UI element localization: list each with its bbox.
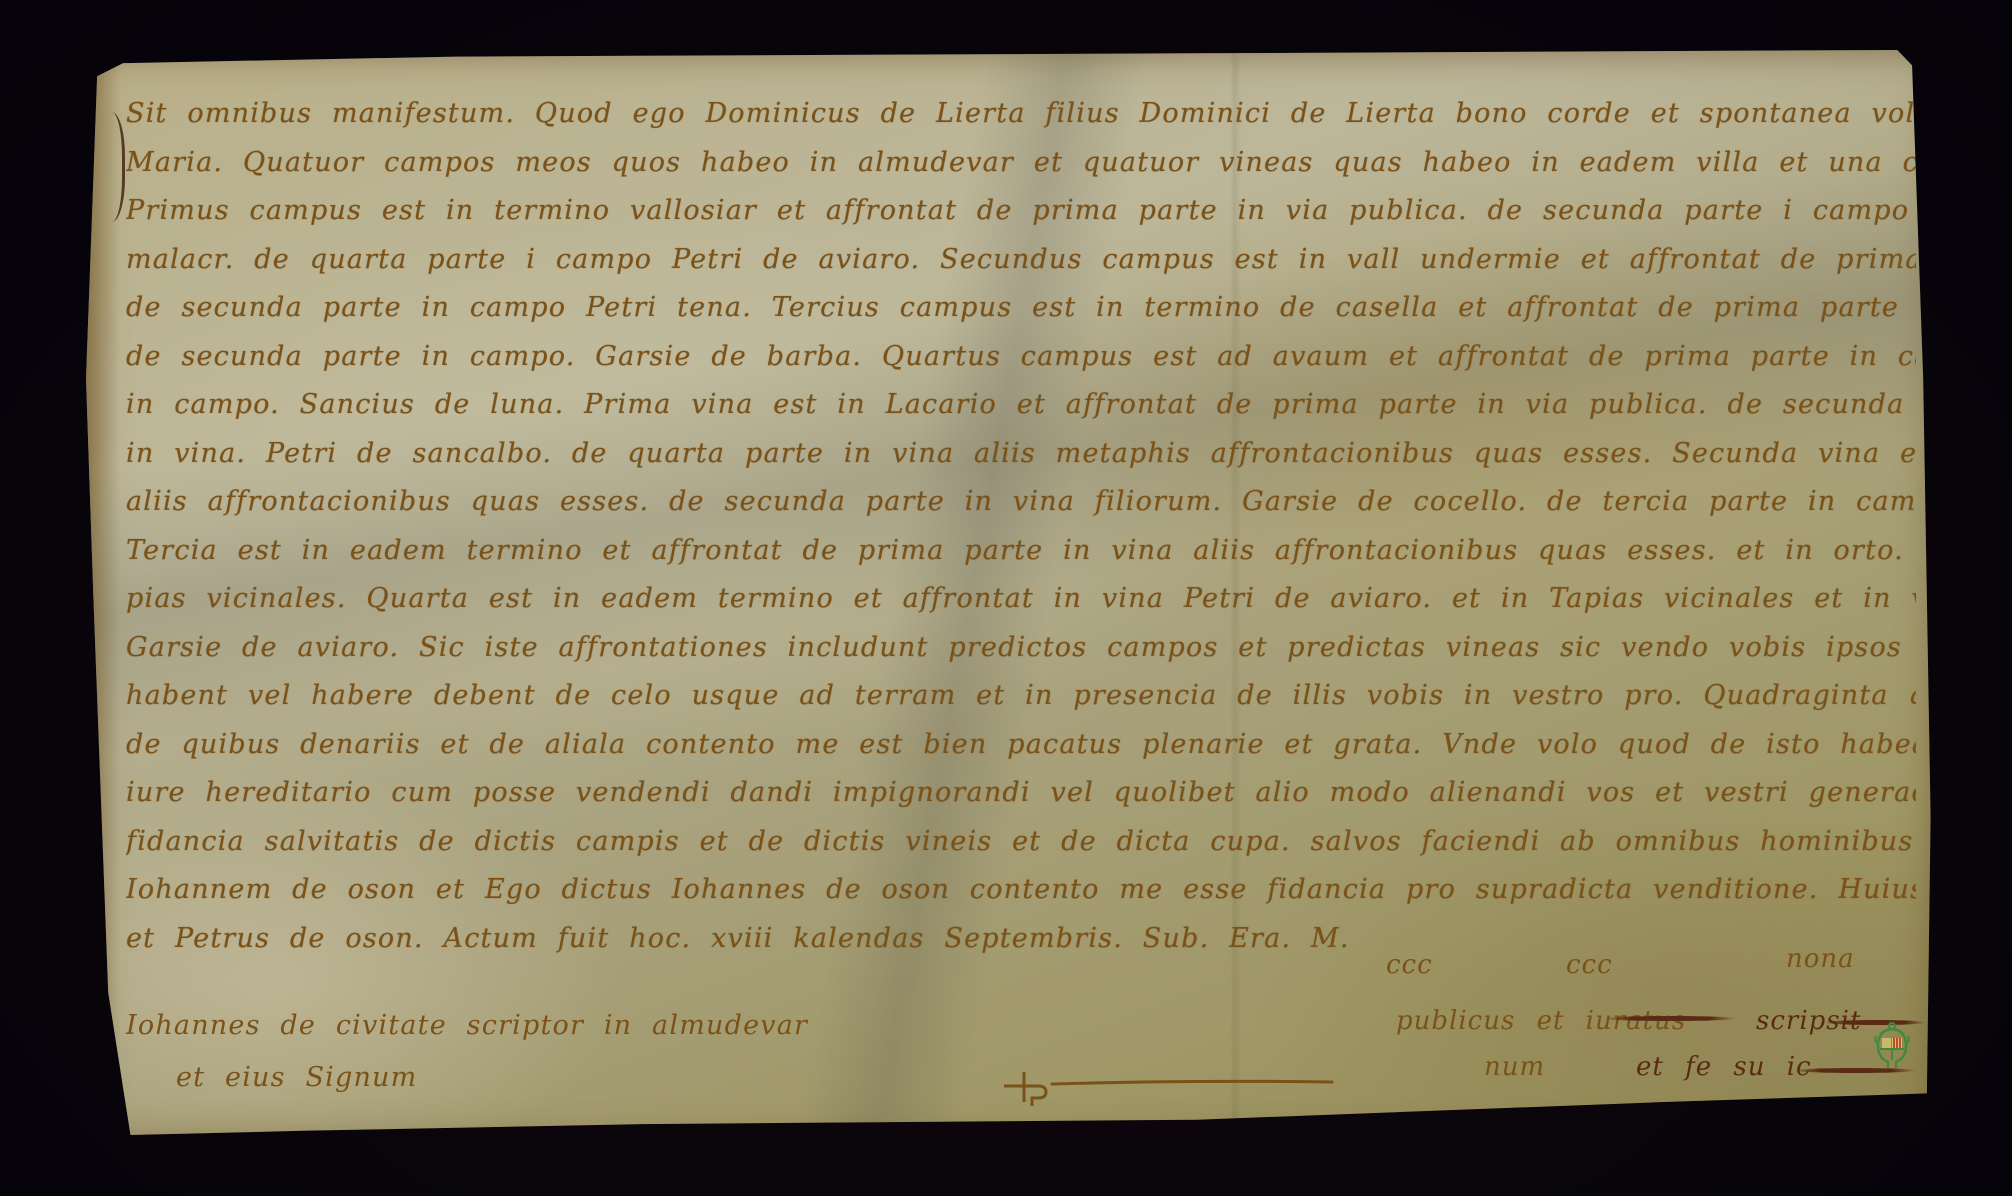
photo-background: Sit omnibus manifestum. Quod ego Dominic… (0, 0, 2012, 1196)
charter-body-text: Sit omnibus manifestum. Quod ego Dominic… (126, 90, 1916, 963)
charter-line: habent vel habere debent de celo usque a… (126, 672, 1916, 721)
charter-line: Maria. Quatuor campos meos quos habeo in… (126, 139, 1916, 188)
notary-mark: ccc (1386, 950, 1433, 980)
charter-line: Sit omnibus manifestum. Quod ego Dominic… (126, 90, 1916, 139)
signum-cross-icon (996, 1066, 1336, 1106)
archive-stamp-icon (1872, 1022, 1912, 1070)
charter-line: pias vicinales. Quarta est in eadem term… (126, 575, 1916, 624)
charter-line: iure hereditario cum posse vendendi dand… (126, 769, 1916, 818)
subscription-area: Iohannes de civitate scriptor in almudev… (126, 1010, 1916, 1130)
charter-line: malacr. de quarta parte i campo Petri de… (126, 236, 1916, 285)
charter-line: in campo. Sancius de luna. Prima vina es… (126, 381, 1916, 430)
charter-line: Primus campus est in termino vallosiar e… (126, 187, 1916, 236)
charter-line: de secunda parte in campo Petri tena. Te… (126, 284, 1916, 333)
notary-publicus: publicus et iuratus (1396, 1006, 1686, 1036)
notary-subscription: ccc ccc nona publicus et iuratus scripsi… (1366, 950, 1926, 1110)
parchment-charter: Sit omnibus manifestum. Quod ego Dominic… (86, 50, 1938, 1146)
scribe-signum-line: et eius Signum (176, 1062, 417, 1093)
charter-line: aliis affrontacionibus quas esses. de se… (126, 478, 1916, 527)
charter-line: Garsie de aviaro. Sic iste affrontatione… (126, 624, 1916, 673)
notary-mark: num (1484, 1052, 1545, 1082)
ink-flourish (1606, 1016, 1736, 1021)
scribe-subscription: Iohannes de civitate scriptor in almudev… (126, 1010, 808, 1041)
notary-sign-letters: et fe su ic (1636, 1052, 1812, 1082)
notary-mark: ccc (1566, 950, 1613, 980)
charter-line: in vina. Petri de sancalbo. de quarta pa… (126, 430, 1916, 479)
charter-line: fidancia salvitatis de dictis campis et … (126, 818, 1916, 867)
charter-line: de secunda parte in campo. Garsie de bar… (126, 333, 1916, 382)
parchment-tear (92, 112, 125, 222)
charter-line: Iohannem de oson et Ego dictus Iohannes … (126, 866, 1916, 915)
charter-line: Tercia est in eadem termino et affrontat… (126, 527, 1916, 576)
charter-line: de quibus denariis et de aliala contento… (126, 721, 1916, 770)
notary-mark: nona (1786, 944, 1855, 974)
